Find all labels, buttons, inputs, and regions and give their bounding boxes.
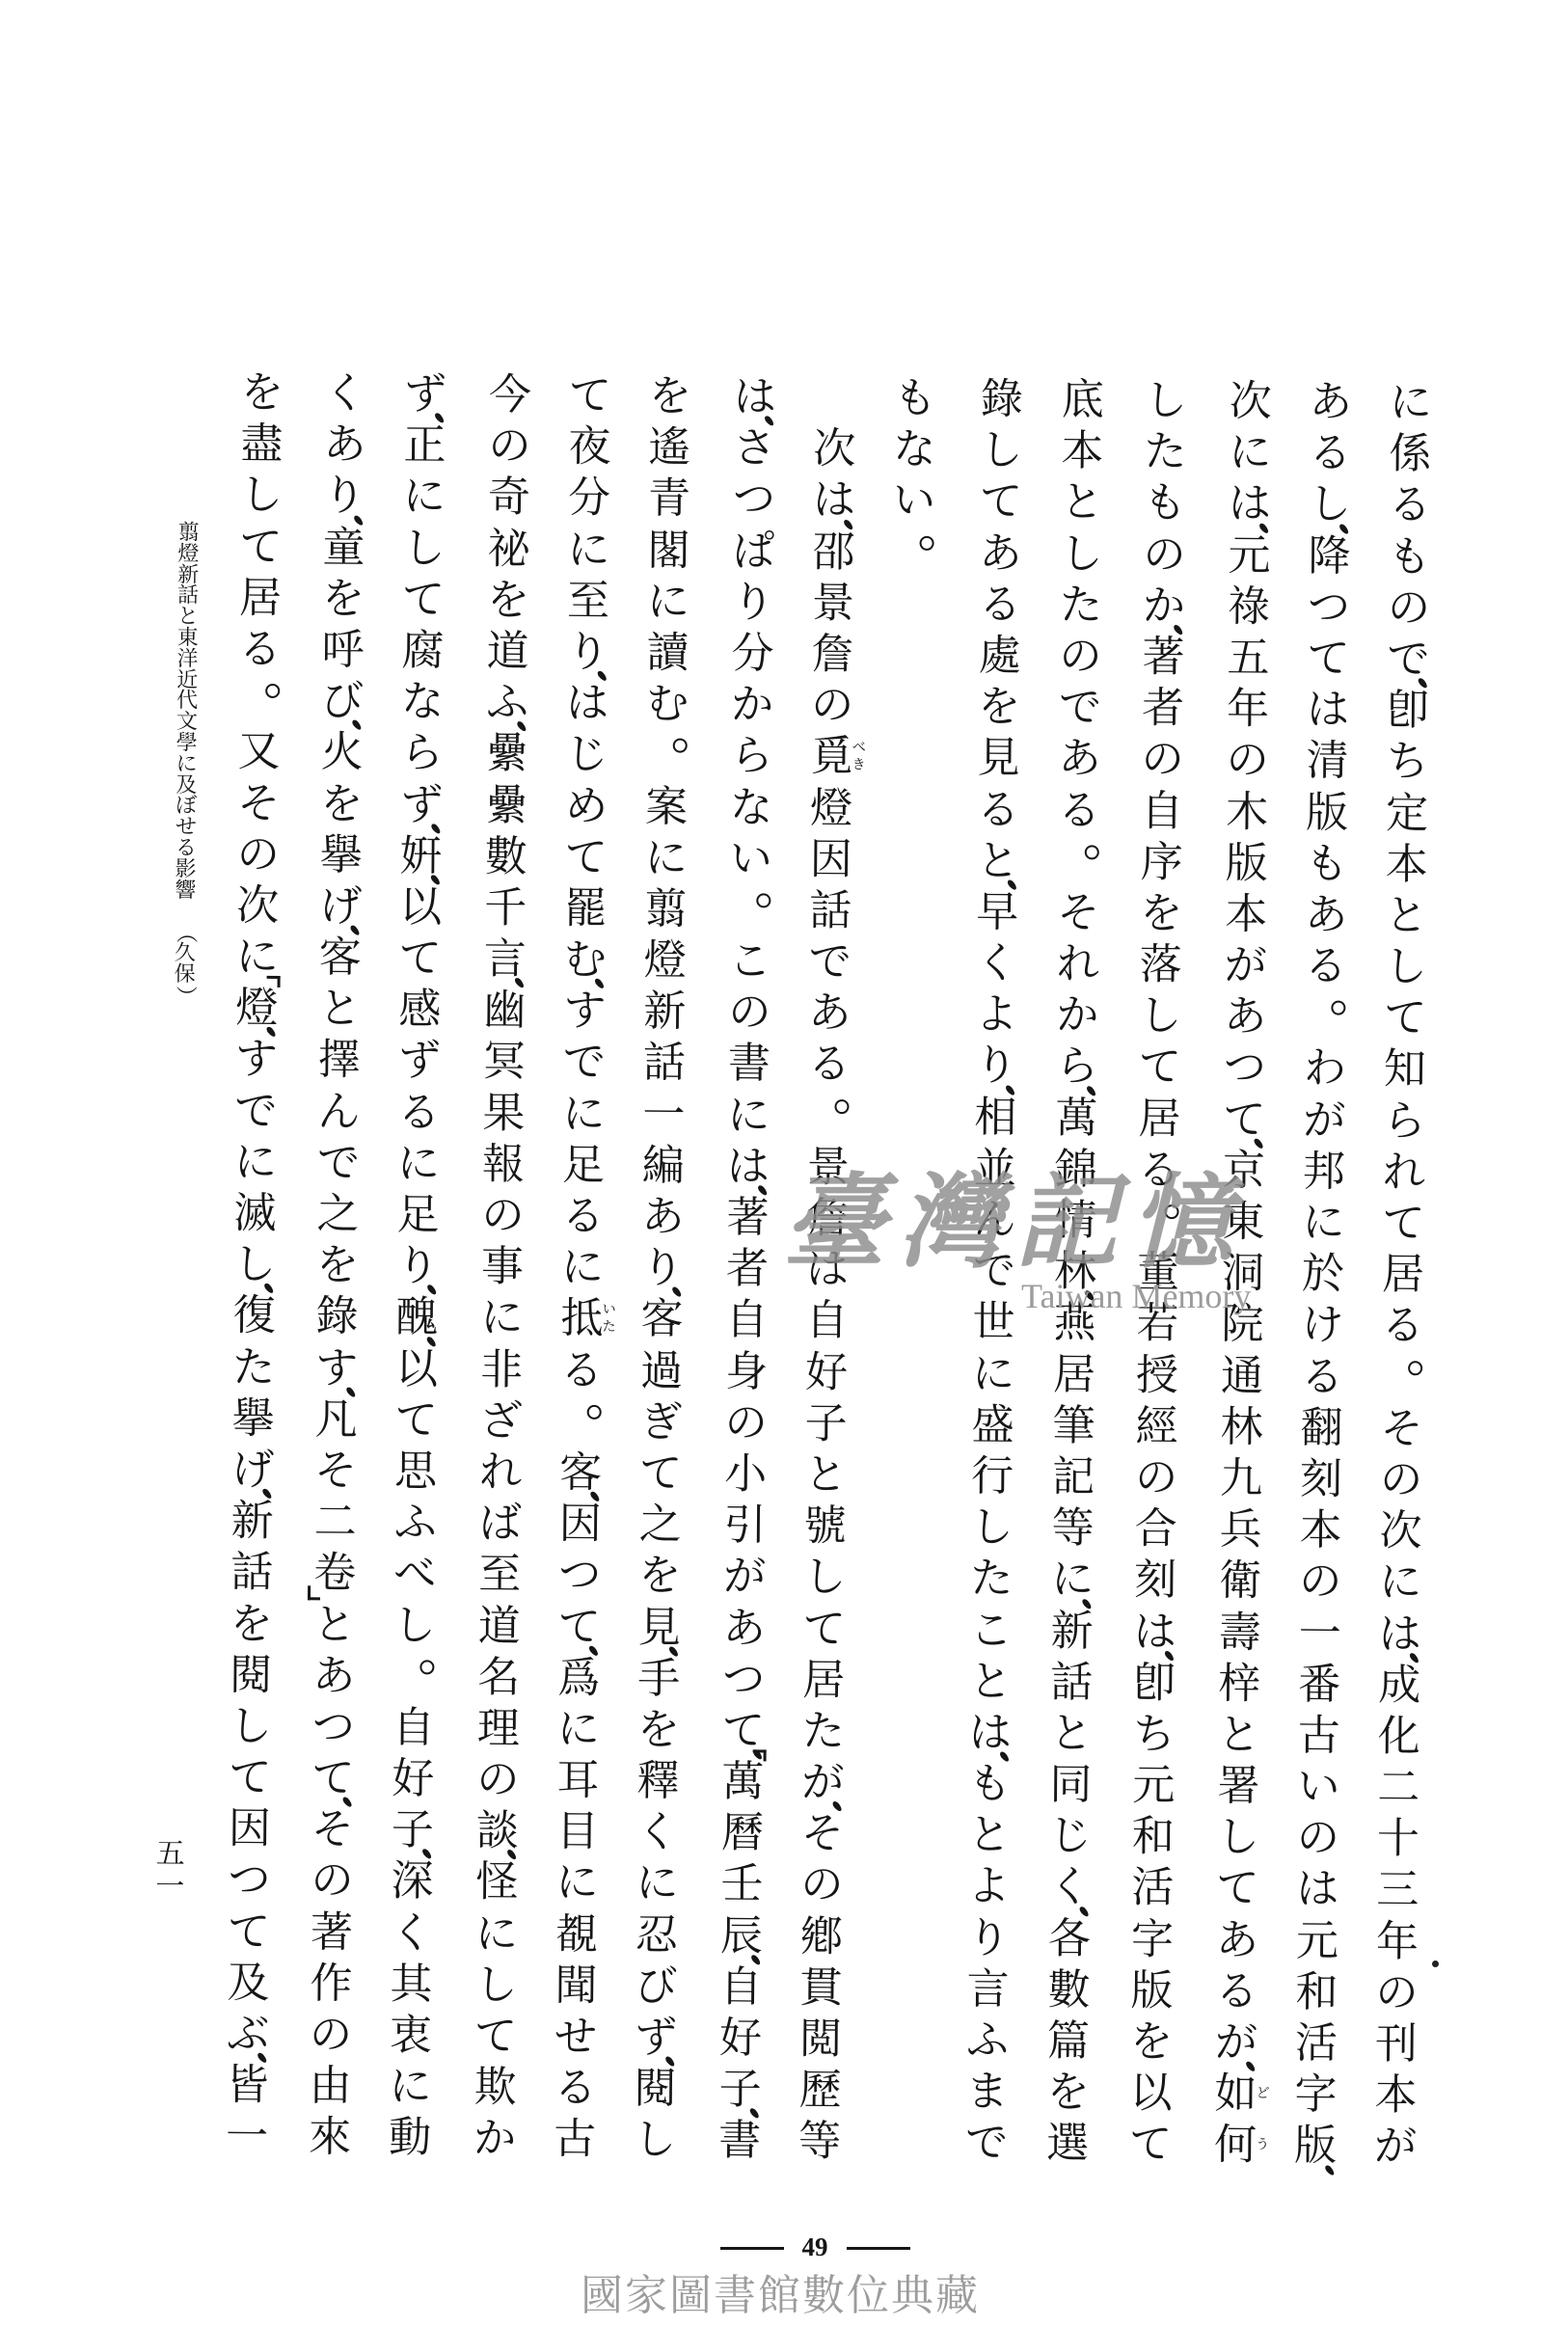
glyph: 童 — [322, 522, 365, 574]
glyph-cell: い — [1292, 1761, 1344, 1813]
glyph: に — [403, 471, 446, 523]
glyph-cell: 好 — [800, 1346, 852, 1398]
glyph: 分 — [568, 473, 610, 525]
glyph-cell: し — [629, 2115, 681, 2167]
glyph-cell: と — [309, 1599, 361, 1651]
glyph: を — [322, 573, 365, 625]
glyph-cell: 梓 — [1213, 1658, 1265, 1710]
glyph-cell: に — [1385, 377, 1437, 429]
glyph: 衷 — [390, 2010, 432, 2062]
glyph: 合 — [1134, 1503, 1176, 1555]
glyph: 次 — [1379, 1505, 1421, 1557]
glyph: 滅 — [233, 1188, 276, 1240]
glyph-cell: れ — [474, 1447, 527, 1499]
glyph-cell: て、 — [307, 1752, 359, 1804]
glyph-cell: 和 — [1290, 1966, 1342, 2018]
glyph: 五 — [156, 1838, 185, 1871]
glyph-cell: こ — [724, 935, 776, 987]
glyph: を — [1046, 2067, 1089, 2119]
glyph: 燈 — [235, 983, 278, 1035]
glyph: 本 — [1385, 839, 1427, 891]
glyph-cell: ら — [725, 730, 777, 782]
glyph: を — [637, 1704, 680, 1756]
glyph: 刻 — [1134, 1555, 1176, 1607]
glyph-cell: り、 — [392, 1240, 444, 1292]
period-mark: 。 — [1052, 836, 1104, 888]
glyph-cell: 因 — [554, 1499, 606, 1551]
glyph-cell: 夜 — [563, 421, 615, 473]
glyph: 盛 — [971, 1399, 1014, 1451]
glyph-cell: ず、 — [399, 368, 451, 420]
glyph: 如 — [1214, 2069, 1257, 2121]
glyph-cell: な — [396, 676, 448, 728]
glyph: を — [230, 1598, 273, 1650]
glyph-cell: 。 — [554, 1395, 607, 1447]
glyph-cell: 凡 — [310, 1393, 362, 1446]
glyph-cell: 動 — [384, 2112, 436, 2164]
glyph-cell: 居 — [1133, 1093, 1185, 1145]
glyph-cell: 刻 — [1295, 1453, 1347, 1505]
glyph: 好 — [392, 1753, 434, 1805]
glyph-cell: 版 — [1220, 837, 1272, 889]
glyph: そ — [801, 1808, 844, 1860]
glyph: る — [1309, 427, 1351, 479]
close-bracket-mark: 」 — [308, 1585, 320, 1600]
glyph-cell: と — [799, 1449, 852, 1501]
glyph-cell: ら — [395, 727, 447, 779]
glyph: る — [397, 1087, 440, 1139]
glyph-cell: あ — [718, 1603, 770, 1655]
glyph-cell: ず、 — [395, 779, 447, 831]
glyph-cell: が — [718, 1551, 770, 1603]
glyph: し — [1139, 990, 1181, 1042]
glyph-cell: 果 — [477, 1087, 529, 1139]
glyph-cell: な — [888, 424, 940, 476]
glyph-cell: る — [1304, 427, 1356, 479]
glyph-cell — [171, 901, 200, 922]
glyph-cell: の — [476, 1190, 528, 1242]
glyph-cell: 刻 — [1129, 1555, 1181, 1607]
glyph-cell: 二 — [309, 1496, 361, 1548]
glyph: 話 — [230, 1547, 273, 1599]
glyph-cell: て — [1211, 1863, 1263, 1915]
glyph-cell: が — [1220, 940, 1272, 992]
glyph-cell: 清 — [1301, 736, 1353, 788]
glyph: 火 — [320, 727, 363, 779]
glyph: ふ — [393, 1497, 436, 1549]
glyph-cell: 成 — [1373, 1660, 1425, 1712]
glyph: 及 — [227, 1957, 269, 2009]
glyph: に — [647, 576, 689, 628]
glyph-cell: 者 — [1137, 683, 1189, 735]
text-column: もない。 — [887, 373, 941, 579]
glyph-cell: て、 — [554, 1601, 606, 1653]
glyph: 動 — [389, 2112, 431, 2164]
glyph: 擧 — [320, 829, 363, 881]
glyph-cell: 來 — [304, 2112, 356, 2164]
glyph-cell: せ — [550, 2012, 602, 2064]
glyph-cell: 。 — [887, 527, 939, 579]
glyph-cell: に — [384, 2061, 436, 2113]
glyph: 閱 — [634, 2063, 676, 2115]
glyph-cell: 本 — [1369, 2069, 1421, 2122]
glyph: く — [324, 367, 366, 419]
glyph-cell: 錄 — [976, 373, 1028, 425]
glyph-cell: に — [471, 1907, 523, 1960]
glyph-cell: 編 — [637, 1140, 689, 1192]
glyph: 版 — [1294, 2121, 1337, 2173]
glyph-cell: 遙 — [643, 421, 695, 473]
glyph: こ — [729, 935, 771, 987]
glyph-cell: 。 — [388, 1651, 440, 1703]
glyph-cell: か — [469, 2113, 521, 2165]
glyph: 古 — [554, 2114, 596, 2166]
glyph: 分 — [731, 628, 773, 680]
glyph: つ — [1308, 581, 1350, 634]
glyph: 降 — [1308, 530, 1350, 582]
glyph: 年 — [1376, 1916, 1419, 1968]
glyph-cell: て — [397, 574, 449, 626]
glyph-cell: 讀 — [641, 627, 693, 679]
glyph: 著 — [726, 1192, 769, 1244]
ruby-kana: べ — [852, 741, 866, 755]
glyph: 引 — [723, 1500, 766, 1552]
folio-rule-left — [720, 2247, 784, 2250]
glyph: 好 — [805, 1346, 848, 1398]
glyph: し — [970, 1501, 1013, 1554]
glyph: で — [563, 1037, 606, 1089]
glyph-cell: 木 — [1221, 786, 1273, 838]
glyph: か — [1056, 989, 1098, 1041]
glyph-cell: を — [236, 367, 288, 419]
glyph-cell: 文 — [173, 712, 202, 733]
glyph-cell: に — [551, 1857, 603, 1909]
glyph: り — [975, 1041, 1017, 1093]
glyph: に — [397, 1138, 440, 1190]
glyph: 又 — [237, 726, 280, 778]
glyph-cell: は、 — [1224, 478, 1276, 530]
glyph-cell: す — [558, 986, 610, 1038]
glyph-cell: 數 — [479, 831, 531, 883]
glyph-cell: の — [1221, 735, 1273, 787]
glyph-cell: し — [965, 1501, 1017, 1554]
glyph: び — [321, 676, 364, 728]
glyph-cell: ぎ — [635, 1396, 687, 1448]
glyph: ず — [635, 2012, 677, 2064]
glyph-cell: て — [470, 2011, 522, 2063]
glyph: の — [1141, 734, 1183, 786]
glyph-cell: 千 — [479, 882, 531, 934]
glyph-cell: 居 — [234, 572, 286, 624]
glyph-cell: 因 — [224, 1803, 276, 1855]
glyph: て — [1139, 1041, 1181, 1094]
glyph: 由 — [309, 2061, 351, 2113]
glyph-cell: 一 — [221, 2111, 273, 2163]
glyph: て — [639, 1447, 682, 1500]
glyph: 姸 — [399, 830, 442, 882]
glyph: 鄕 — [800, 1910, 843, 1962]
glyph: 一 — [155, 1871, 184, 1904]
glyph: い — [893, 475, 935, 527]
folio-rule-right — [847, 2247, 910, 2250]
glyph-cell: の — [723, 987, 775, 1039]
glyph-cell: の — [796, 1859, 848, 1911]
glyph: 卽 — [1387, 685, 1429, 737]
glyph: ば — [478, 1498, 521, 1550]
glyph: て — [558, 1601, 601, 1653]
glyph: の — [1380, 1454, 1422, 1506]
glyph: 底 — [1062, 374, 1104, 426]
glyph: 至 — [567, 575, 609, 627]
glyph-cell: る — [1384, 479, 1436, 531]
glyph: あ — [1224, 991, 1266, 1043]
glyph-cell: 處 — [973, 630, 1025, 682]
glyph-cell: が — [1298, 1095, 1350, 1147]
glyph-cell: む — [641, 678, 693, 730]
glyph-cell: よ — [970, 989, 1022, 1041]
glyph: る — [561, 1191, 604, 1243]
glyph: 因 — [558, 1499, 601, 1551]
glyph: 身 — [725, 1346, 768, 1398]
glyph-cell: 釋 — [632, 1755, 684, 1807]
glyph: け — [1301, 1300, 1343, 1352]
glyph: む — [646, 678, 689, 730]
glyph: 東 — [177, 628, 199, 649]
glyph-cell: 一 — [637, 1089, 689, 1141]
glyph-cell: 書 — [714, 2115, 766, 2167]
glyph: る — [979, 579, 1021, 631]
glyph: に — [389, 2061, 431, 2113]
glyph: 自 — [725, 1294, 768, 1346]
glyph-cell: 選 — [1041, 2118, 1094, 2170]
glyph: 談 — [476, 1805, 519, 1857]
glyph-cell: あ — [974, 527, 1026, 580]
glyph: 歷 — [798, 2065, 841, 2117]
glyph: す — [235, 1034, 278, 1086]
glyph: 自 — [805, 1295, 848, 1347]
glyph: び — [635, 1961, 677, 2013]
glyph-cell: 鄕 — [796, 1910, 848, 1962]
glyph-cell: 正 — [398, 419, 450, 472]
glyph-cell: に — [967, 1348, 1019, 1400]
glyph-cell: 降 — [1303, 530, 1355, 582]
glyph: 怪 — [475, 1856, 518, 1908]
text-column: を盡して居る。又その次に燈「、すでに滅し、復た擧げ、新話を閱して因つて及ぶ、皆一 — [221, 367, 288, 2163]
glyph: 一 — [642, 1089, 685, 1141]
glyph: 遙 — [648, 422, 690, 474]
glyph: 近 — [176, 670, 198, 691]
glyph-cell: 次 — [1374, 1505, 1426, 1557]
glyph: 感 — [398, 984, 441, 1036]
glyph: 衛 — [1219, 1555, 1261, 1608]
glyph: し — [474, 1960, 517, 2012]
glyph: と — [1050, 1708, 1093, 1760]
glyph-cell: 次 — [1225, 376, 1277, 428]
glyph: 深 — [391, 1855, 433, 1907]
glyph-cell: そ — [1052, 887, 1104, 939]
glyph: そ — [314, 1445, 357, 1497]
glyph-cell: 通 — [1216, 1350, 1268, 1402]
glyph-cell: 五 — [1222, 632, 1274, 684]
text-column: くあり、童を呼び、火を擧げ、客と擇んで之を錄す、凡そ二卷」とあつて、その著作の由… — [304, 367, 371, 2163]
glyph-cell: 邵 — [807, 526, 859, 578]
glyph: の — [1135, 1452, 1177, 1504]
glyph: つ — [1224, 1042, 1266, 1095]
glyph-cell: 辰、 — [716, 1910, 768, 1962]
glyph-cell: で、 — [1382, 634, 1434, 686]
glyph-cell: れ — [1378, 1147, 1430, 1199]
glyph: 等 — [1051, 1502, 1094, 1555]
glyph-cell: た — [1055, 580, 1107, 632]
glyph-cell: 分 — [563, 473, 615, 525]
glyph: さ — [733, 422, 775, 474]
glyph: あ — [808, 987, 851, 1040]
glyph: ち — [1386, 736, 1428, 788]
glyph-cell: 好 — [715, 2013, 767, 2065]
glyph: し — [980, 425, 1022, 477]
glyph: は — [969, 1707, 1012, 1759]
glyph-cell: て — [1379, 992, 1431, 1044]
glyph-cell: 道 — [473, 1600, 526, 1652]
glyph: を — [638, 1551, 681, 1603]
glyph: 名 — [477, 1652, 520, 1704]
glyph-cell: 字 — [1289, 2069, 1341, 2121]
glyph-cell: の — [1370, 1967, 1422, 2019]
glyph-cell: 合 — [1129, 1503, 1181, 1555]
glyph-cell: 燈 — [805, 782, 857, 834]
glyph-cell: 世 — [967, 1297, 1019, 1349]
glyph: こ — [970, 1605, 1013, 1657]
glyph: る — [238, 624, 281, 676]
glyph-cell: 話 — [638, 1038, 690, 1090]
glyph-cell: 經 — [1130, 1400, 1182, 1452]
glyph: 幽 — [483, 985, 526, 1037]
glyph: 千 — [484, 882, 527, 934]
glyph-cell: し — [235, 470, 287, 522]
glyph-cell: を — [644, 370, 696, 422]
glyph-cell: 活 — [1126, 1862, 1178, 1914]
glyph-cell: 翦 — [175, 523, 203, 544]
glyph: と — [318, 984, 361, 1036]
glyph-cell: と — [313, 984, 365, 1036]
glyph-cell: つ — [554, 1550, 606, 1602]
glyph-cell: 同 — [1044, 1759, 1096, 1811]
glyph-cell: 。 — [640, 730, 692, 782]
glyph-cell: る — [1376, 1300, 1428, 1352]
glyph-cell: 卷」 — [309, 1548, 361, 1600]
glyph-cell: 壬 — [716, 1858, 768, 1910]
glyph-cell: た — [965, 1554, 1017, 1606]
glyph: 自 — [719, 1961, 762, 2014]
glyph-cell: る — [803, 1039, 855, 1091]
glyph: の — [1297, 1813, 1339, 1865]
glyph-cell: を — [634, 1551, 686, 1603]
glyph-cell: 十 — [1372, 1813, 1424, 1865]
glyph-cell: る — [972, 784, 1024, 836]
glyph-cell: 子 — [799, 1397, 852, 1449]
glyph-cell: は、 — [722, 1141, 774, 1193]
glyph-cell: 幽 — [478, 985, 530, 1037]
glyph-cell: あ — [636, 1191, 689, 1243]
glyph-cell: あ — [1305, 376, 1357, 428]
glyph: 思 — [394, 1446, 437, 1498]
glyph-cell: も — [963, 1758, 1015, 1810]
glyph-cell: 本 — [1056, 425, 1108, 477]
glyph-cell: た — [228, 1341, 280, 1393]
glyph-cell: を — [226, 1598, 278, 1650]
glyph: に — [972, 1348, 1014, 1400]
glyph-cell: し — [1140, 375, 1192, 427]
glyph: 非 — [480, 1343, 523, 1395]
glyph-cell: に — [557, 1088, 609, 1140]
glyph-cell: の — [1054, 631, 1106, 683]
glyph: が — [1225, 940, 1267, 992]
glyph: 錄 — [315, 1291, 358, 1343]
glyph-cell: ま — [960, 2066, 1013, 2118]
glyph-cell: 卽 — [1382, 685, 1434, 737]
glyph-cell: 新 — [1046, 1605, 1098, 1657]
glyph-cell: 等 — [794, 2116, 846, 2168]
glyph-cell: 醜、 — [391, 1291, 443, 1343]
glyph-cell: 姸、 — [395, 830, 447, 882]
ruby-annotation: いた — [601, 1293, 616, 1344]
glyph-cell: に — [1374, 1556, 1426, 1609]
glyph-cell: 青 — [643, 473, 695, 526]
text-column: を遙青閣に讀む。案に翦燈新話一編あり、客過ぎて之を見、手を釋くに忍びず、閱し — [629, 370, 696, 2166]
glyph-cell: が — [1369, 2121, 1421, 2173]
glyph: と — [1218, 1709, 1260, 1761]
glyph: な — [893, 424, 935, 476]
glyph-cell: ら、 — [1051, 1041, 1103, 1093]
glyph: を — [316, 1240, 359, 1292]
glyph: に — [1051, 1554, 1094, 1606]
watermark-caption: Taiwan Memory — [1021, 1279, 1251, 1313]
glyph-cell: 及 — [172, 775, 201, 797]
glyph: あ — [323, 419, 365, 472]
glyph-cell: と — [963, 1809, 1015, 1861]
glyph-cell: 番 — [1293, 1659, 1345, 1711]
open-bracket-mark: 「 — [267, 976, 281, 987]
glyph-cell: で — [804, 936, 856, 988]
glyph-cell: は、 — [729, 371, 781, 423]
glyph: 居 — [1053, 1349, 1095, 1401]
glyph-cell: し — [798, 1552, 851, 1604]
glyph-cell: あ — [1219, 991, 1271, 1043]
glyph: の — [811, 680, 853, 732]
glyph-cell: て — [559, 831, 611, 883]
glyph-cell: で — [230, 1085, 282, 1137]
glyph-cell: 由 — [304, 2060, 356, 2112]
glyph: 筆 — [1052, 1400, 1095, 1452]
glyph: 話 — [177, 585, 199, 607]
glyph-cell: 元 — [1127, 1760, 1179, 1812]
glyph: そ — [237, 777, 280, 829]
glyph: に — [234, 1136, 277, 1188]
glyph-cell: そ — [232, 777, 284, 829]
glyph-cell: 響 — [171, 880, 200, 902]
glyph-cell: に — [1297, 1197, 1349, 1249]
text-column: 今の奇祕を道ふ、纍纍數千言、幽冥果報の事に非ざれば至道名理の談、怪にして欺か — [469, 369, 536, 2165]
glyph: し — [1309, 479, 1351, 531]
glyph-cell: 三 — [1371, 1864, 1423, 1916]
glyph: 忍 — [635, 1909, 678, 1961]
glyph-cell: し — [389, 1600, 441, 1652]
glyph-cell: 元 — [1291, 1915, 1343, 1967]
glyph-cell: 翦 — [639, 883, 691, 935]
glyph: 番 — [1298, 1659, 1340, 1711]
glyph-cell: を — [1125, 2016, 1177, 2069]
glyph-cell: の — [306, 1855, 358, 1907]
